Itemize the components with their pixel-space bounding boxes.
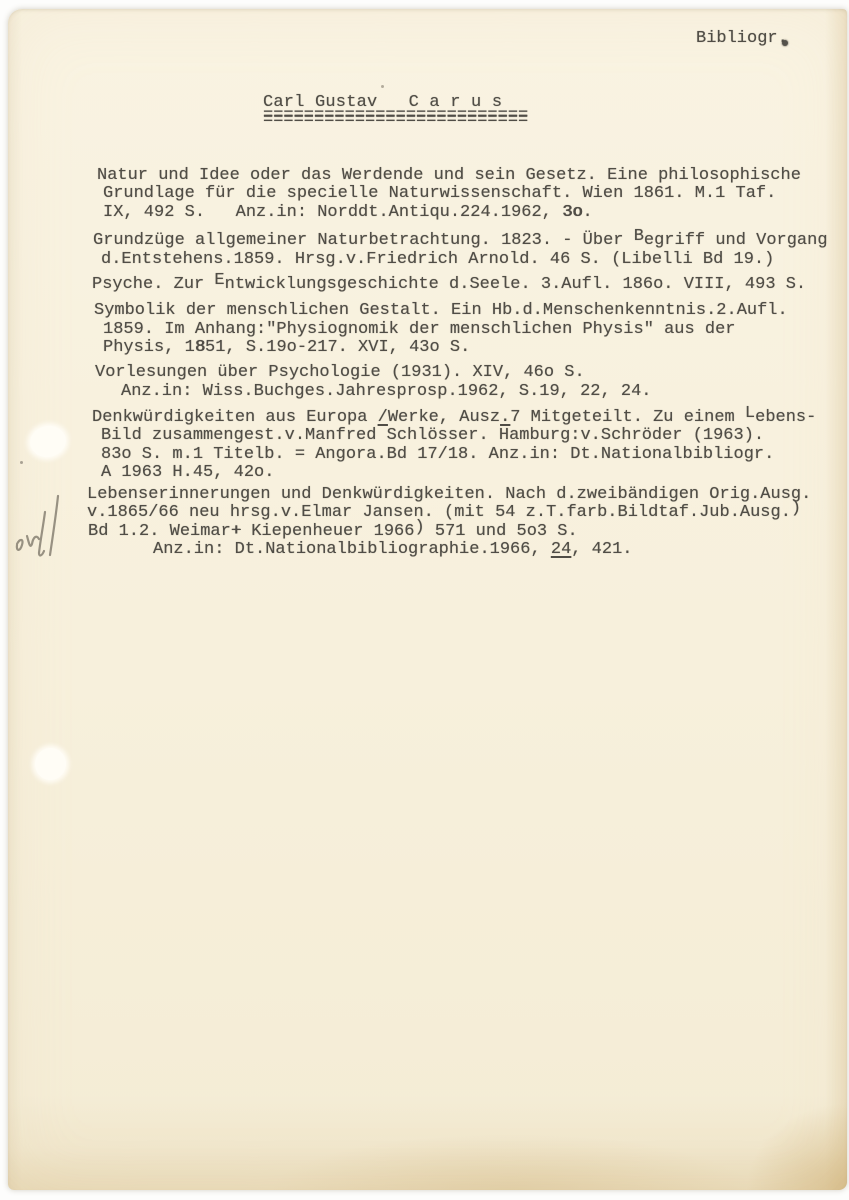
typed-text-segment: , 421. <box>571 540 632 559</box>
bib-entry-4-line-3: Physis, 1851, S.19o-217. XVI, 43o S. <box>103 339 470 357</box>
typed-text-segment: ebens- <box>755 408 816 427</box>
typed-text-segment: / <box>378 408 388 427</box>
typed-text-segment: B <box>634 227 644 246</box>
typed-text-segment: Natur und Idee oder das Werdende und sei… <box>97 166 801 185</box>
typed-text-segment: L <box>745 404 755 423</box>
typed-text-segment: A 1963 H.45, 42o. <box>101 463 274 482</box>
typed-text-segment: Grundzüge allgemeiner Naturbetrachtung. … <box>93 231 634 250</box>
typed-text-segment: Werke, Ausz <box>388 408 500 427</box>
typed-text-segment: Lebenserinnerungen und Denkwürdigkeiten.… <box>87 485 811 504</box>
bib-entry-4-line-2: 1859. Im Anhang:"Physiognomik der mensch… <box>103 321 736 339</box>
typed-text-segment: IX, 492 S. Anz.in: Norddt.Antiqu.224.196… <box>103 203 562 222</box>
typed-text-segment: Vorlesungen über Psychologie (1931). XIV… <box>95 363 585 382</box>
page-corner-label: Bibliogr. <box>696 30 788 48</box>
bib-entry-1-line-1: Natur und Idee oder das Werdende und sei… <box>97 167 801 185</box>
bib-entry-5-line-1: Vorlesungen über Psychologie (1931). XIV… <box>95 364 585 382</box>
typed-text-segment: 8 <box>195 338 205 357</box>
typed-text-segment: Symbolik der menschlichen Gestalt. Ein H… <box>94 301 788 320</box>
bib-entry-6-line-1: Denkwürdigkeiten aus Europa /Werke, Ausz… <box>92 409 816 427</box>
bib-entry-7-line-2: v.1865/66 neu hrsg.v.Elmar Jansen. (mit … <box>87 504 801 522</box>
typed-text-segment: . <box>500 408 510 427</box>
bib-entry-7-line-3: Bd 1.2. Weimar+ Kiepenheuer 1966) 571 un… <box>88 523 578 541</box>
typed-text-segment: E <box>214 271 224 290</box>
typed-text-segment: 51, S.19o-217. XVI, 43o S. <box>205 338 470 357</box>
typed-text-segment: ntwicklungsgeschichte d.Seele. 3.Aufl. 1… <box>225 275 807 294</box>
bib-entry-1-line-3: IX, 492 S. Anz.in: Norddt.Antiqu.224.196… <box>103 204 593 222</box>
typed-text-segment: 24 <box>551 540 571 559</box>
bib-entry-6-line-3: 83o S. m.1 Titelb. = Angora.Bd 17/18. An… <box>101 446 774 464</box>
typed-text-segment: Bd 1.2. Weimar <box>88 522 231 541</box>
bib-entry-1-line-2: Grundlage für die specielle Naturwissens… <box>103 185 776 203</box>
typed-text-segment: Physis, 1 <box>103 338 195 357</box>
typed-text-segment: Psyche. Zur <box>92 275 214 294</box>
typed-text-segment: + <box>231 522 241 541</box>
typed-text-segment: ) <box>414 518 424 537</box>
typed-text-segment: v.1865/66 neu hrsg.v.Elmar Jansen. (mit … <box>87 503 791 522</box>
typed-text-segment: Kiepenheuer 1966 <box>241 522 414 541</box>
typed-text-segment: Anz.in: Dt.Nationalbibliographie.1966, <box>153 540 551 559</box>
bib-entry-5-line-2: Anz.in: Wiss.Buchges.Jahresprosp.1962, S… <box>121 383 652 401</box>
paper-sheet: Bibliogr. Carl Gustav C a r u s ========… <box>8 9 847 1190</box>
bib-entry-6-line-4: A 1963 H.45, 42o. <box>101 464 274 482</box>
bib-entry-3-line-1: Psyche. Zur Entwicklungsgeschichte d.See… <box>92 276 806 294</box>
bib-entry-2-line-1: Grundzüge allgemeiner Naturbetrachtung. … <box>93 232 828 250</box>
typed-text-segment: 7 Mitgeteilt. Zu einem <box>510 408 745 427</box>
typed-text-segment: Denkwürdigkeiten aus Europa <box>92 408 378 427</box>
bib-entry-7-line-4: Anz.in: Dt.Nationalbibliographie.1966, 2… <box>153 541 633 559</box>
bib-entry-6-line-2: Bild zusammengest.v.Manfred Schlösser. H… <box>101 427 764 445</box>
pencil-annotation-evl <box>10 487 70 562</box>
typed-text-segment: . <box>582 203 592 222</box>
pencil-dot <box>20 461 23 464</box>
typed-text-segment: 83o S. m.1 Titelb. = Angora.Bd 17/18. An… <box>101 445 774 464</box>
typed-text-segment: 571 und 5o3 S. <box>425 522 578 541</box>
typed-text-segment: Anz.in: Wiss.Buchges.Jahresprosp.1962, S… <box>121 382 652 401</box>
bib-entry-2-line-2: d.Entstehens.1859. Hrsg.v.Friedrich Arno… <box>101 251 774 269</box>
punch-hole-mark <box>33 746 68 782</box>
bib-entry-7-line-1: Lebenserinnerungen und Denkwürdigkeiten.… <box>87 486 811 504</box>
dust-speck <box>381 85 384 88</box>
paper-blemish-spot <box>27 423 69 461</box>
scanned-page: Bibliogr. Carl Gustav C a r u s ========… <box>0 0 849 1200</box>
title-underline-row2: ========================== <box>263 112 528 130</box>
typed-text-segment: ) <box>791 499 801 518</box>
typed-text-segment: Grundlage für die specielle Naturwissens… <box>103 184 776 203</box>
bib-entry-4-line-1: Symbolik der menschlichen Gestalt. Ein H… <box>94 302 788 320</box>
typed-text-segment: egriff und Vorgang <box>644 231 828 250</box>
typed-text-segment: Bild zusammengest.v.Manfred Schlösser. H… <box>101 426 764 445</box>
typed-text-segment: 3o <box>562 203 582 222</box>
typed-text-segment: d.Entstehens.1859. Hrsg.v.Friedrich Arno… <box>101 250 774 269</box>
typed-text-segment: 1859. Im Anhang:"Physiognomik der mensch… <box>103 320 736 339</box>
